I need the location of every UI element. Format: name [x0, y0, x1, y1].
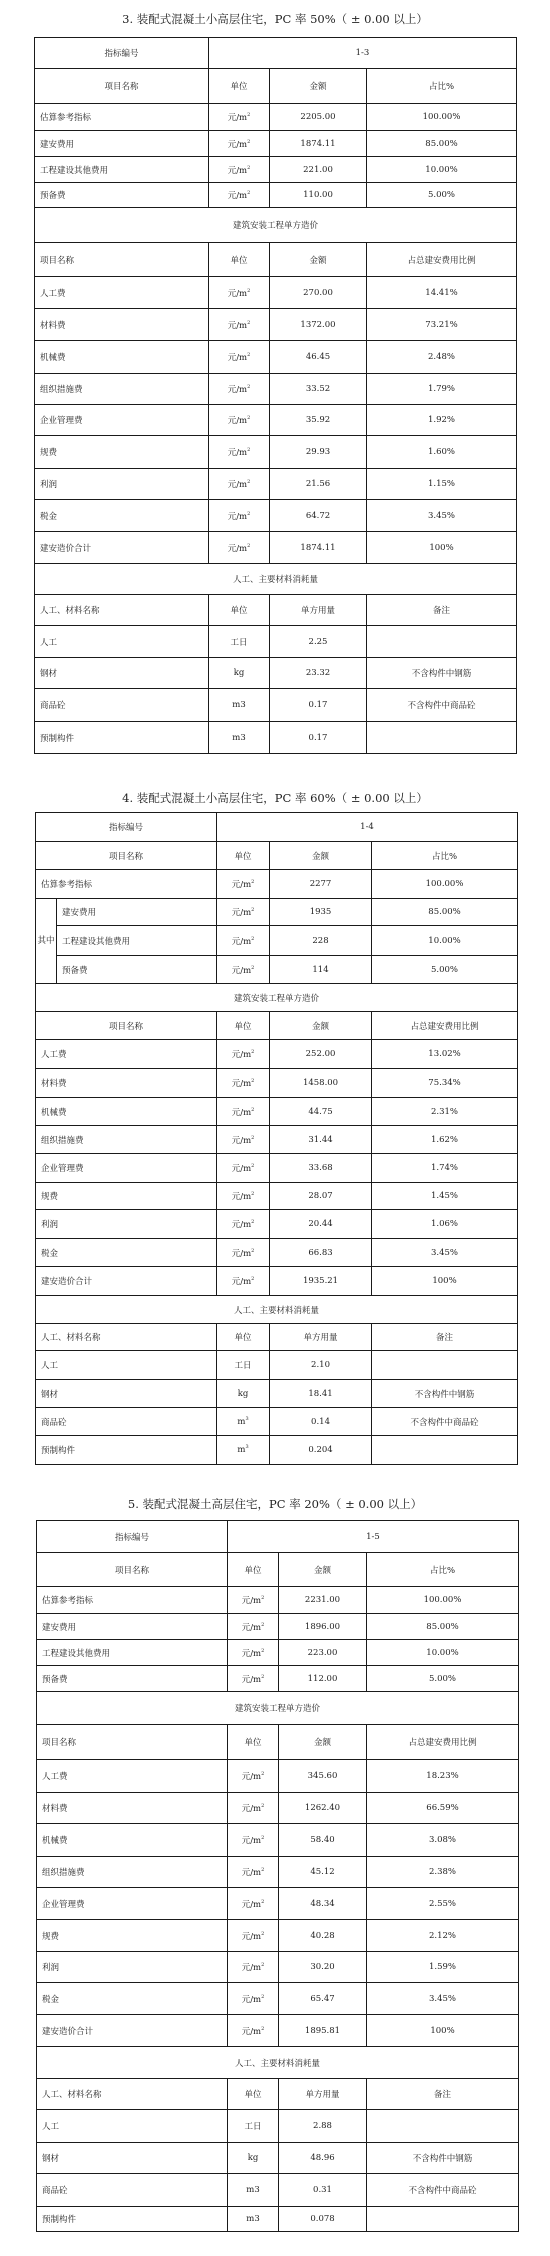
summary-header-row: 项目名称 单位 金额 占比%	[36, 842, 518, 870]
cell-amount: 40.28	[279, 1920, 367, 1952]
header-name: 项目名称	[36, 1012, 217, 1040]
unit-text: 元/m	[242, 1963, 261, 1973]
cell-amount: 45.12	[279, 1857, 367, 1888]
cell-name: 机械费	[36, 1098, 217, 1126]
cell-ratio: 73.21%	[367, 309, 517, 341]
cell-ratio: 100%	[367, 2015, 519, 2047]
unit-exponent: 2	[251, 907, 254, 913]
cell-name: 商品砼	[37, 2174, 228, 2207]
cell-unit: 元/m2	[217, 926, 270, 956]
cell-unit: 元/m2	[217, 1267, 270, 1296]
header-ratio: 占总建安费用比例	[367, 243, 517, 277]
cell-ratio: 1.79%	[367, 374, 517, 405]
cell-amount: 1895.81	[279, 2015, 367, 2047]
cell-ratio: 10.00%	[372, 926, 518, 956]
header-qty: 单方用量	[279, 2079, 367, 2110]
cell-unit: 元/m2	[228, 1888, 279, 1920]
unit-text: 元/m	[242, 1995, 261, 2005]
cell-ratio: 1.74%	[372, 1154, 518, 1183]
cell-qty: 0.078	[279, 2207, 367, 2232]
cell-name: 人工费	[37, 1760, 228, 1793]
cell-unit: 元/m2	[209, 309, 270, 341]
table-row: 税金 元/m2 64.72 3.45%	[35, 500, 517, 532]
unit-exponent: 2	[247, 543, 250, 549]
cell-name: 材料费	[37, 1793, 228, 1824]
cost-header-row: 项目名称 单位 金额 占总建安费用比例	[35, 243, 517, 277]
cell-qty: 18.41	[270, 1380, 372, 1408]
table-row: 预制构件 m3 0.204	[36, 1436, 518, 1465]
unit-text: 元/m	[232, 966, 251, 976]
cell-ratio: 2.48%	[367, 341, 517, 374]
cost-index-table-1-3: 指标编号 1-3 项目名称 单位 金额 占比% 估算参考指标 元/m2 2205…	[34, 37, 517, 754]
cell-unit: 元/m2	[209, 277, 270, 309]
cell-name: 人工	[35, 626, 209, 658]
header-amount: 金额	[270, 243, 367, 277]
cell-name: 工程建设其他费用	[37, 1640, 228, 1666]
table-row: 预备费 元/m2 112.00 5.00%	[37, 1666, 519, 1692]
unit-exponent: 2	[261, 1835, 264, 1841]
cell-amount: 48.34	[279, 1888, 367, 1920]
table-row: 利润 元/m2 30.20 1.59%	[37, 1952, 519, 1983]
table-row: 钢材 kg 23.32 不含构件中钢筋	[35, 658, 517, 689]
unit-text: 元/m	[242, 1623, 261, 1633]
table-row: 材料费 元/m2 1262.40 66.59%	[37, 1793, 519, 1824]
index-label: 指标编号	[37, 1521, 228, 1553]
unit-text: 元/m	[228, 448, 247, 458]
header-ratio: 占比%	[372, 842, 518, 870]
cell-name: 钢材	[35, 658, 209, 689]
cell-ratio: 3.45%	[367, 500, 517, 532]
unit-text: 元/m	[242, 1675, 261, 1685]
summary-header-row: 项目名称 单位 金额 占比%	[37, 1553, 519, 1587]
unit-text: 元/m	[232, 937, 251, 947]
unit-text: 元/m	[228, 321, 247, 331]
header-name: 人工、材料名称	[35, 595, 209, 626]
cell-note	[372, 1351, 518, 1380]
unit-exponent: 2	[247, 479, 250, 485]
header-unit: 单位	[209, 243, 270, 277]
table-row: 税金 元/m2 66.83 3.45%	[36, 1239, 518, 1267]
unit-exponent: 2	[251, 936, 254, 942]
cell-unit: 元/m2	[209, 341, 270, 374]
cell-name: 建安费用	[35, 131, 209, 157]
cell-ratio: 2.31%	[372, 1098, 518, 1126]
cell-name: 材料费	[36, 1069, 217, 1098]
cell-ratio: 1.06%	[372, 1210, 518, 1239]
cell-unit: 工日	[228, 2110, 279, 2143]
cell-unit: 元/m2	[228, 1824, 279, 1857]
unit-text: 元/m	[242, 1836, 261, 1846]
table-row: 税金 元/m2 65.47 3.45%	[37, 1983, 519, 2015]
header-name: 人工、材料名称	[36, 1324, 217, 1351]
table-row: 机械费 元/m2 46.45 2.48%	[35, 341, 517, 374]
unit-exponent: 2	[251, 1078, 254, 1084]
cell-ratio: 66.59%	[367, 1793, 519, 1824]
cell-ratio: 3.45%	[372, 1239, 518, 1267]
cell-qty: 2.88	[279, 2110, 367, 2143]
cell-qty: 0.204	[270, 1436, 372, 1465]
unit-text: 元/m	[242, 1772, 261, 1782]
section-row: 人工、主要材料消耗量	[36, 1296, 518, 1324]
cell-amount: 1935	[270, 899, 372, 926]
cell-name: 预备费	[57, 956, 217, 984]
cell-ratio: 100.00%	[372, 870, 518, 899]
cell-amount: 2277	[270, 870, 372, 899]
header-unit: 单位	[217, 1324, 270, 1351]
cell-note: 不含构件中钢筋	[367, 2143, 519, 2174]
cell-unit: 元/m2	[228, 1614, 279, 1640]
unit-text: 元/m	[242, 1900, 261, 1910]
unit-exponent: 2	[251, 879, 254, 885]
table-row: 其中 建安费用 元/m2 1935 85.00%	[36, 899, 518, 926]
cell-amount: 1874.11	[270, 532, 367, 564]
table-1-title: 3. 装配式混凝土小高层住宅，PC 率 50%（ ± 0.00 以上）	[0, 11, 550, 27]
cell-unit: 元/m2	[228, 1857, 279, 1888]
cell-unit: 元/m2	[209, 532, 270, 564]
cell-name: 利润	[35, 469, 209, 500]
cell-unit: 元/m2	[209, 405, 270, 436]
cell-name: 预制构件	[36, 1436, 217, 1465]
cell-unit: 元/m2	[217, 956, 270, 984]
cell-ratio: 18.23%	[367, 1760, 519, 1793]
cell-unit: 元/m2	[228, 1760, 279, 1793]
cell-name: 税金	[35, 500, 209, 532]
cell-unit: 元/m2	[209, 104, 270, 131]
cell-name: 规费	[35, 436, 209, 469]
cell-unit: 元/m2	[209, 500, 270, 532]
table-row: 规费 元/m2 28.07 1.45%	[36, 1183, 518, 1210]
cell-note: 不含构件中钢筋	[372, 1380, 518, 1408]
cell-note	[367, 626, 517, 658]
table-row: 人工费 元/m2 252.00 13.02%	[36, 1040, 518, 1069]
unit-text: 元/m	[232, 908, 251, 918]
unit-text: 元/m	[228, 544, 247, 554]
unit-exponent: 2	[261, 1899, 264, 1905]
table-row: 材料费 元/m2 1372.00 73.21%	[35, 309, 517, 341]
table-row: 材料费 元/m2 1458.00 75.34%	[36, 1069, 518, 1098]
unit-exponent: 2	[251, 1191, 254, 1197]
group-label-of-which: 其中	[36, 899, 57, 984]
cell-amount: 44.75	[270, 1098, 372, 1126]
cell-unit: 元/m2	[209, 157, 270, 183]
cell-unit: 元/m2	[217, 899, 270, 926]
cell-unit: kg	[209, 658, 270, 689]
table-row: 组织措施费 元/m2 33.52 1.79%	[35, 374, 517, 405]
unit-text: 元/m	[228, 416, 247, 426]
cell-name: 人工	[37, 2110, 228, 2143]
cell-unit: 元/m2	[217, 1126, 270, 1154]
unit-text: 元/m	[232, 1192, 251, 1202]
section-row: 建筑安装工程单方造价	[37, 1692, 519, 1725]
unit-exponent: 2	[261, 1595, 264, 1601]
cell-amount: 1874.11	[270, 131, 367, 157]
table-row-total: 建安造价合计 元/m2 1935.21 100%	[36, 1267, 518, 1296]
cell-unit: 工日	[209, 626, 270, 658]
cell-ratio: 10.00%	[367, 157, 517, 183]
cell-amount: 35.92	[270, 405, 367, 436]
cell-ratio: 100%	[367, 532, 517, 564]
cell-note	[367, 2110, 519, 2143]
cell-name: 钢材	[36, 1380, 217, 1408]
table-3-title: 5. 装配式混凝土高层住宅，PC 率 20%（ ± 0.00 以上）	[0, 1496, 550, 1512]
unit-text: 元/m	[228, 113, 247, 123]
cell-name: 预备费	[37, 1666, 228, 1692]
cell-unit: m3	[228, 2174, 279, 2207]
cost-index-table-1-5: 指标编号 1-5 项目名称 单位 金额 占比% 估算参考指标 元/m2 2231…	[36, 1520, 519, 2232]
index-row: 指标编号 1-4	[36, 813, 518, 842]
cell-name: 组织措施费	[35, 374, 209, 405]
cell-unit: kg	[217, 1380, 270, 1408]
cell-unit: 元/m2	[228, 1587, 279, 1614]
table-row: 商品砼 m3 0.17 不含构件中商品砼	[35, 689, 517, 722]
cell-note: 不含构件中商品砼	[367, 2174, 519, 2207]
table-row: 组织措施费 元/m2 45.12 2.38%	[37, 1857, 519, 1888]
cell-unit: 元/m2	[228, 2015, 279, 2047]
cell-unit: 元/m2	[228, 1666, 279, 1692]
cell-name: 材料费	[35, 309, 209, 341]
cell-unit: 元/m2	[209, 469, 270, 500]
cell-unit: m3	[209, 722, 270, 754]
cell-name: 规费	[37, 1920, 228, 1952]
cell-name: 估算参考指标	[35, 104, 209, 131]
cell-ratio: 2.55%	[367, 1888, 519, 1920]
cell-unit: 元/m2	[228, 1920, 279, 1952]
cell-amount: 270.00	[270, 277, 367, 309]
material-section-title: 人工、主要材料消耗量	[36, 1296, 518, 1324]
header-amount: 金额	[279, 1553, 367, 1587]
unit-text: 元/m	[242, 1932, 261, 1942]
cell-ratio: 5.00%	[367, 183, 517, 208]
cell-unit: 元/m2	[228, 1793, 279, 1824]
cell-ratio: 75.34%	[372, 1069, 518, 1098]
unit-text: 元/m	[228, 480, 247, 490]
cell-name: 估算参考指标	[37, 1587, 228, 1614]
cell-amount: 2231.00	[279, 1587, 367, 1614]
summary-header-row: 项目名称 单位 金额 占比%	[35, 69, 517, 104]
cell-unit: 工日	[217, 1351, 270, 1380]
material-header-row: 人工、材料名称 单位 单方用量 备注	[37, 2079, 519, 2110]
cell-name: 预制构件	[35, 722, 209, 754]
cell-ratio: 3.08%	[367, 1824, 519, 1857]
table-row-total: 建安造价合计 元/m2 1895.81 100%	[37, 2015, 519, 2047]
material-section-title: 人工、主要材料消耗量	[37, 2047, 519, 2079]
cell-amount: 33.68	[270, 1154, 372, 1183]
unit-exponent: 2	[261, 1867, 264, 1873]
table-row: 建安费用 元/m2 1896.00 85.00%	[37, 1614, 519, 1640]
header-unit: 单位	[209, 595, 270, 626]
unit-text: 元/m	[228, 512, 247, 522]
cell-amount: 1458.00	[270, 1069, 372, 1098]
cell-amount: 46.45	[270, 341, 367, 374]
cell-unit: 元/m2	[209, 131, 270, 157]
unit-text: 元/m	[242, 1868, 261, 1878]
cell-amount: 29.93	[270, 436, 367, 469]
unit-exponent: 2	[261, 1931, 264, 1937]
header-unit: 单位	[228, 1553, 279, 1587]
unit-text: 元/m	[232, 1136, 251, 1146]
unit-text: 元/m	[242, 1804, 261, 1814]
cell-ratio: 100.00%	[367, 1587, 519, 1614]
table-row: 规费 元/m2 29.93 1.60%	[35, 436, 517, 469]
unit-text: 元/m	[228, 353, 247, 363]
unit-exponent: 2	[261, 1771, 264, 1777]
index-label: 指标编号	[36, 813, 217, 842]
table-row: 企业管理费 元/m2 48.34 2.55%	[37, 1888, 519, 1920]
table-row: 预制构件 m3 0.078	[37, 2207, 519, 2232]
unit-exponent: 2	[261, 2026, 264, 2032]
header-ratio: 占总建安费用比例	[372, 1012, 518, 1040]
cost-section-title: 建筑安装工程单方造价	[37, 1692, 519, 1725]
table-row: 利润 元/m2 20.44 1.06%	[36, 1210, 518, 1239]
cost-section-title: 建筑安装工程单方造价	[35, 208, 517, 243]
unit-exponent: 2	[247, 288, 250, 294]
cell-amount: 345.60	[279, 1760, 367, 1793]
cost-index-table-1-4: 指标编号 1-4 项目名称 单位 金额 占比% 估算参考指标 元/m2 2277…	[35, 812, 518, 1465]
header-ratio: 占总建安费用比例	[367, 1725, 519, 1760]
section-row: 建筑安装工程单方造价	[35, 208, 517, 243]
unit-exponent: 2	[251, 1219, 254, 1225]
cell-amount: 114	[270, 956, 372, 984]
cell-amount: 1896.00	[279, 1614, 367, 1640]
cell-ratio: 13.02%	[372, 1040, 518, 1069]
cell-name: 机械费	[37, 1824, 228, 1857]
index-value: 1-5	[228, 1521, 519, 1553]
cell-amount: 33.52	[270, 374, 367, 405]
cell-name: 组织措施费	[36, 1126, 217, 1154]
cell-ratio: 1.92%	[367, 405, 517, 436]
table-row: 利润 元/m2 21.56 1.15%	[35, 469, 517, 500]
cell-ratio: 10.00%	[367, 1640, 519, 1666]
cell-name: 建安造价合计	[35, 532, 209, 564]
cell-ratio: 85.00%	[367, 1614, 519, 1640]
header-name: 项目名称	[37, 1553, 228, 1587]
header-note: 备注	[367, 2079, 519, 2110]
cell-name: 商品砼	[35, 689, 209, 722]
header-ratio: 占比%	[367, 1553, 519, 1587]
cell-name: 税金	[36, 1239, 217, 1267]
table-row: 建安费用 元/m2 1874.11 85.00%	[35, 131, 517, 157]
cell-amount: 223.00	[279, 1640, 367, 1666]
cell-name: 建安造价合计	[37, 2015, 228, 2047]
cell-name: 规费	[36, 1183, 217, 1210]
cell-unit: 元/m2	[217, 1154, 270, 1183]
index-row: 指标编号 1-5	[37, 1521, 519, 1553]
table-row: 预备费 元/m2 114 5.00%	[36, 956, 518, 984]
cell-ratio: 5.00%	[367, 1666, 519, 1692]
cell-unit: m3	[217, 1436, 270, 1465]
header-amount: 金额	[270, 69, 367, 104]
cell-name: 建安费用	[37, 1614, 228, 1640]
table-row: 人工 工日 2.25	[35, 626, 517, 658]
header-name: 人工、材料名称	[37, 2079, 228, 2110]
header-unit: 单位	[228, 1725, 279, 1760]
index-label: 指标编号	[35, 38, 209, 69]
index-value: 1-3	[209, 38, 517, 69]
unit-exponent: 2	[247, 447, 250, 453]
cell-name: 人工	[36, 1351, 217, 1380]
table-row: 企业管理费 元/m2 35.92 1.92%	[35, 405, 517, 436]
header-name: 项目名称	[36, 842, 217, 870]
table-row: 商品砼 m3 0.14 不含构件中商品砼	[36, 1408, 518, 1436]
unit-text: 元/m	[228, 191, 247, 201]
cell-unit: 元/m2	[217, 870, 270, 899]
unit-text: 元/m	[232, 1220, 251, 1230]
cell-ratio: 3.45%	[367, 1983, 519, 2015]
cell-name: 工程建设其他费用	[57, 926, 217, 956]
cell-name: 人工费	[36, 1040, 217, 1069]
table-row: 预制构件 m3 0.17	[35, 722, 517, 754]
unit-exponent: 2	[247, 384, 250, 390]
cell-amount: 1935.21	[270, 1267, 372, 1296]
cell-name: 预制构件	[37, 2207, 228, 2232]
cell-amount: 228	[270, 926, 372, 956]
table-row: 人工 工日 2.88	[37, 2110, 519, 2143]
header-qty: 单方用量	[270, 595, 367, 626]
cell-ratio: 1.45%	[372, 1183, 518, 1210]
cell-ratio: 5.00%	[372, 956, 518, 984]
table-row: 钢材 kg 48.96 不含构件中钢筋	[37, 2143, 519, 2174]
cell-ratio: 1.62%	[372, 1126, 518, 1154]
unit-text: 元/m	[232, 1277, 251, 1287]
unit-exponent: 2	[251, 965, 254, 971]
table-row: 钢材 kg 18.41 不含构件中钢筋	[36, 1380, 518, 1408]
unit-text: kg	[238, 1389, 249, 1399]
table-row: 工程建设其他费用 元/m2 223.00 10.00%	[37, 1640, 519, 1666]
cell-amount: 110.00	[270, 183, 367, 208]
unit-text: 元/m	[228, 140, 247, 150]
cell-name: 建安造价合计	[36, 1267, 217, 1296]
table-row: 人工费 元/m2 345.60 18.23%	[37, 1760, 519, 1793]
cell-ratio: 1.15%	[367, 469, 517, 500]
cell-name: 估算参考指标	[36, 870, 217, 899]
cell-amount: 1262.40	[279, 1793, 367, 1824]
unit-exponent: 2	[251, 1163, 254, 1169]
cell-name: 机械费	[35, 341, 209, 374]
header-ratio: 占比%	[367, 69, 517, 104]
cell-note	[372, 1436, 518, 1465]
table-row: 规费 元/m2 40.28 2.12%	[37, 1920, 519, 1952]
unit-exponent: 2	[251, 1107, 254, 1113]
cell-ratio: 1.60%	[367, 436, 517, 469]
table-row: 预备费 元/m2 110.00 5.00%	[35, 183, 517, 208]
cell-unit: m3	[228, 2207, 279, 2232]
unit-text: 元/m	[232, 1164, 251, 1174]
header-note: 备注	[372, 1324, 518, 1351]
cell-name: 工程建设其他费用	[35, 157, 209, 183]
cell-qty: 0.31	[279, 2174, 367, 2207]
unit-text: 元/m	[232, 1249, 251, 1259]
cell-amount: 65.47	[279, 1983, 367, 2015]
cell-ratio: 2.12%	[367, 1920, 519, 1952]
unit-text: 元/m	[242, 2027, 261, 2037]
cell-unit: 元/m2	[217, 1069, 270, 1098]
cell-amount: 1372.00	[270, 309, 367, 341]
cell-qty: 2.10	[270, 1351, 372, 1380]
cell-ratio: 1.59%	[367, 1952, 519, 1983]
unit-exponent: 2	[251, 1049, 254, 1055]
table-row: 企业管理费 元/m2 33.68 1.74%	[36, 1154, 518, 1183]
header-amount: 金额	[270, 842, 372, 870]
cell-name: 人工费	[35, 277, 209, 309]
unit-exponent: 2	[247, 352, 250, 358]
unit-text: 元/m	[228, 385, 247, 395]
table-row: 人工费 元/m2 270.00 14.41%	[35, 277, 517, 309]
cell-unit: 元/m2	[209, 183, 270, 208]
table-row: 人工 工日 2.10	[36, 1351, 518, 1380]
cell-unit: 元/m2	[217, 1098, 270, 1126]
unit-exponent: 2	[247, 320, 250, 326]
unit-exponent: 2	[261, 1648, 264, 1654]
